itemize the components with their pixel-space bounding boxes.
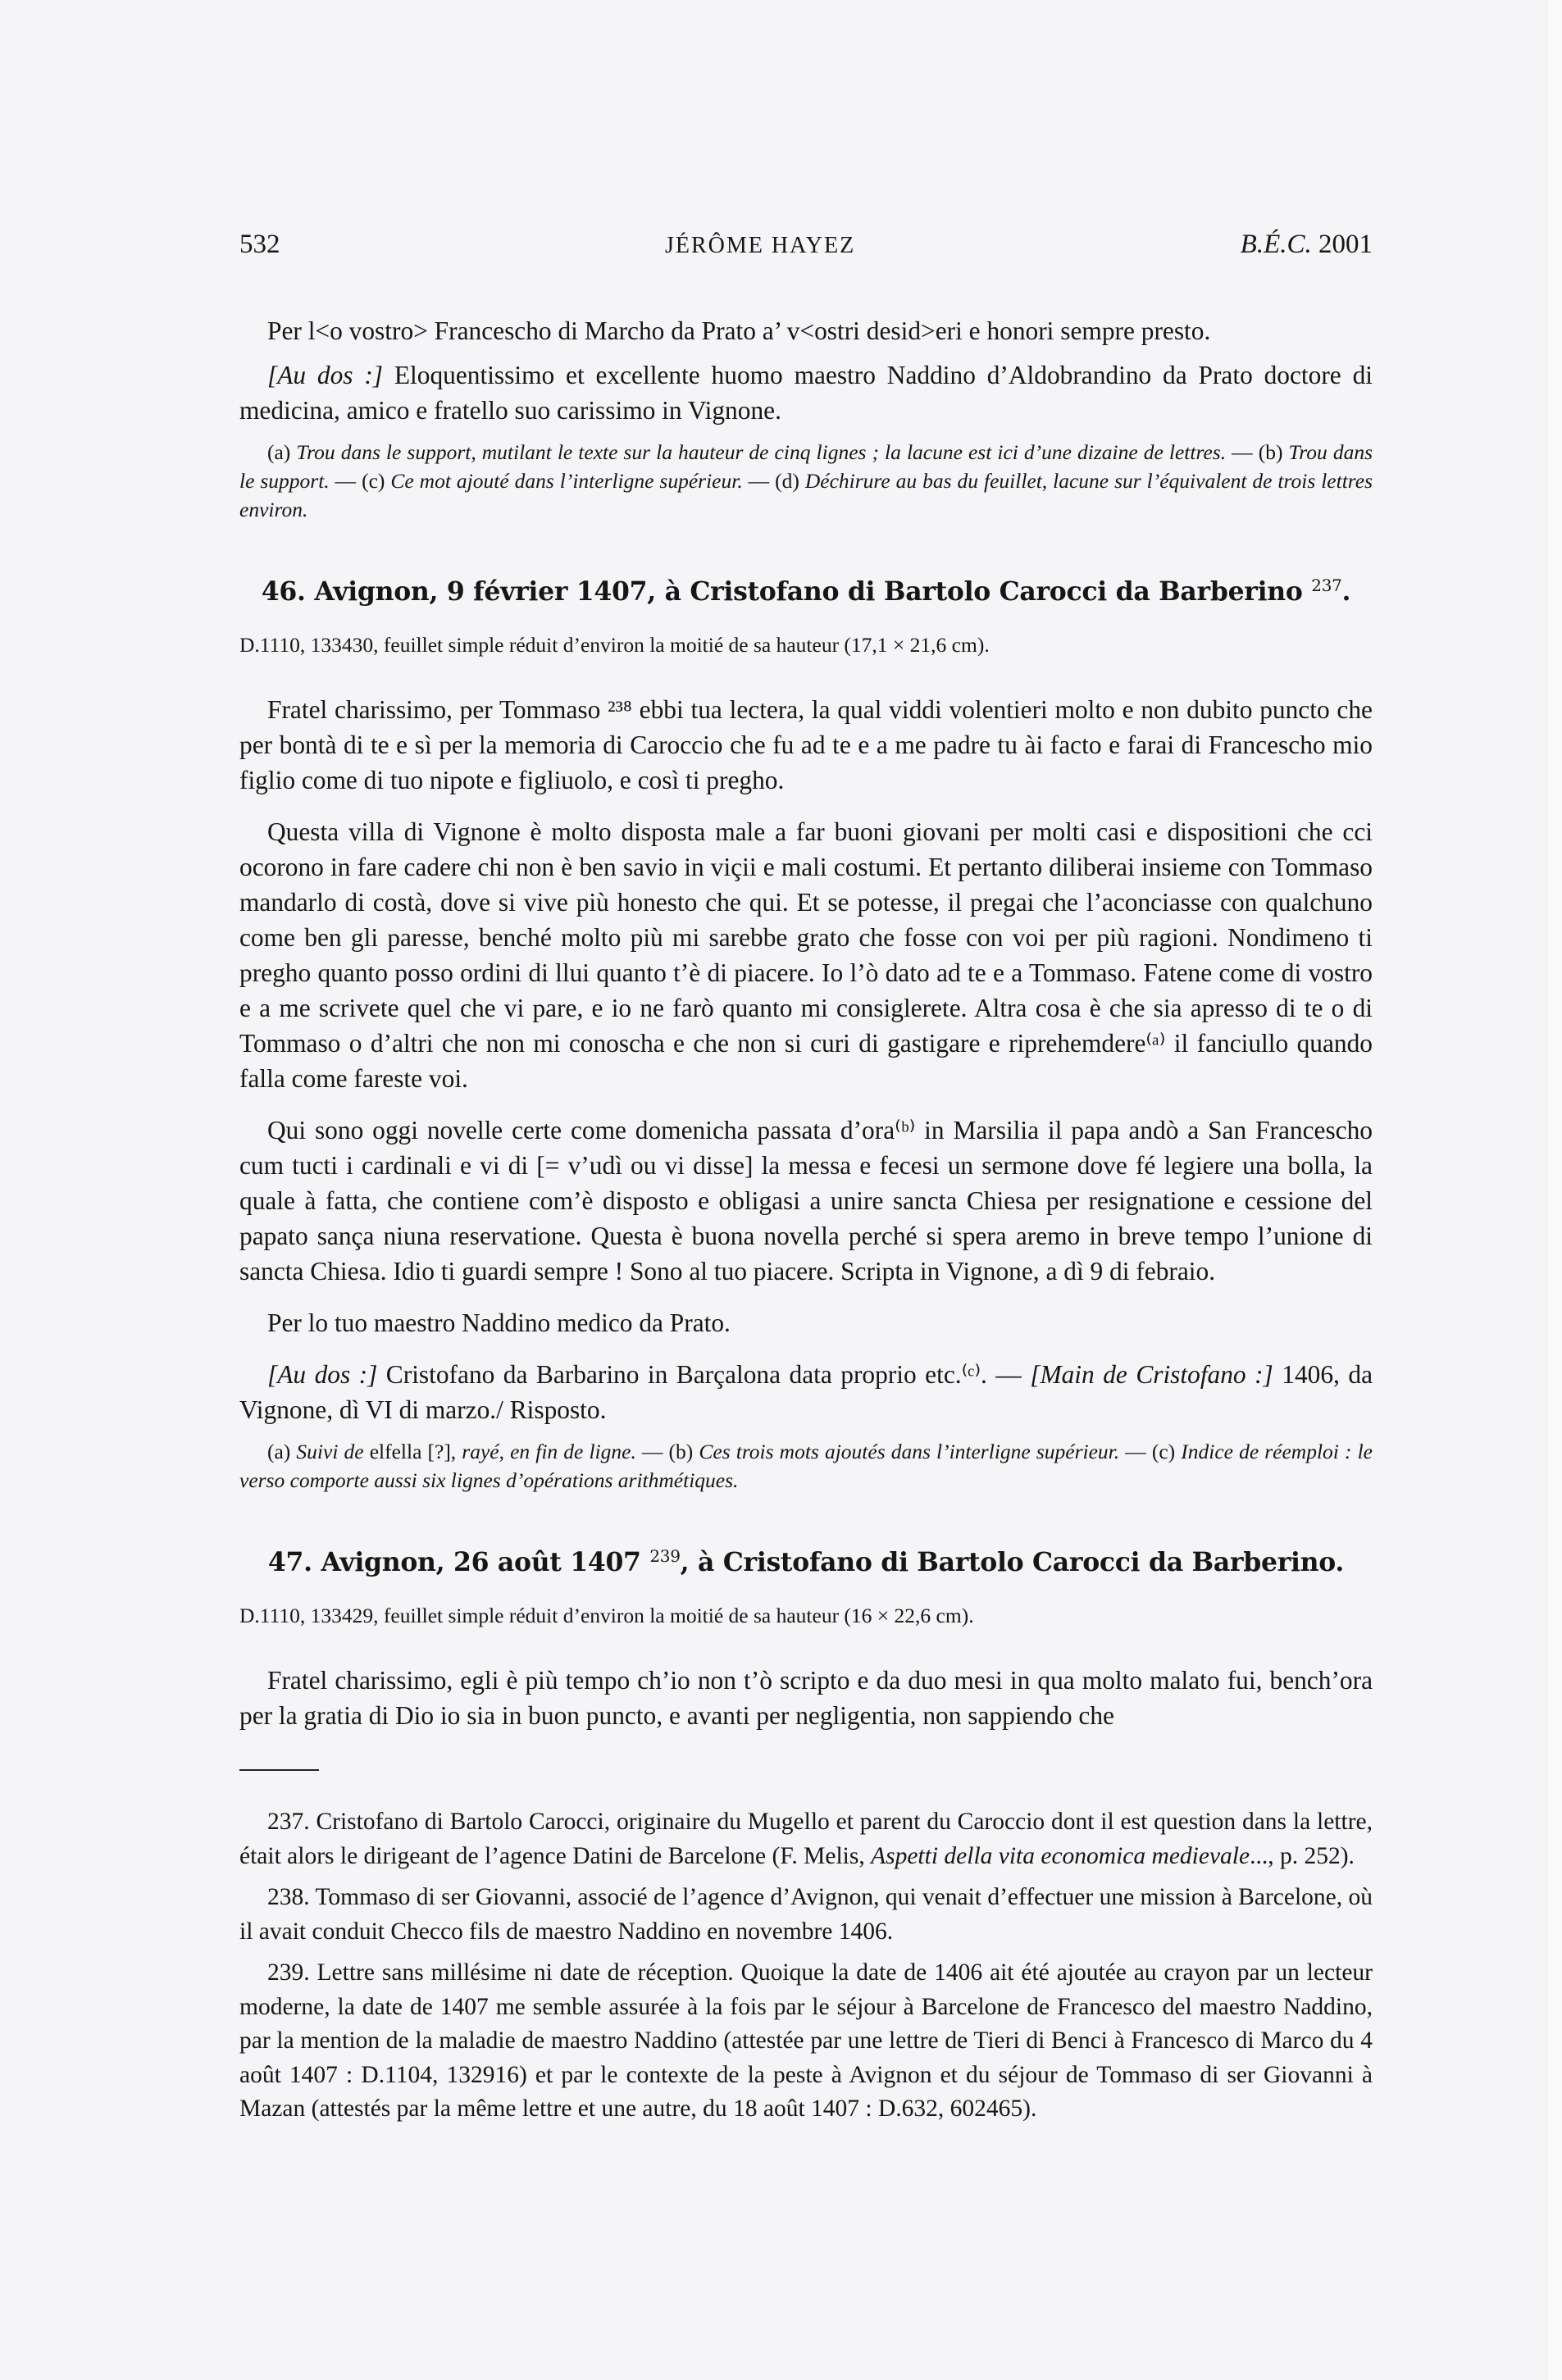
footnote-text: Tommaso di ser Giovanni, associé de l’ag… [239,1884,1373,1945]
letter-47-source: D.1110, 133429, feuillet simple réduit d… [239,1602,1373,1630]
note-marker: — (c) [330,469,391,493]
note-marker: (a) [267,1440,296,1463]
note-text: Ce mot ajouté dans l’interligne supérieu… [390,469,742,493]
note-marker: — (d) [743,469,805,493]
letter-47-heading: 47. Avignon, 26 août 1407 239, à Cristof… [239,1547,1373,1577]
running-head-author: JÉRÔME HAYEZ [665,233,855,259]
note-marker: — (b) [636,1440,699,1463]
letter-46-address: [Au dos :] Cristofano da Barbarino in Ba… [239,1357,1373,1427]
note-text: Trou dans le support, mutilant le texte … [296,440,1226,464]
letter-46-heading: 46. Avignon, 9 février 1407, à Cristofan… [239,576,1373,607]
note-marker: — (c) [1119,1440,1181,1463]
address-verso: [Au dos :] Eloquentissimo et excellente … [239,357,1373,428]
journal-year: 2001 [1318,230,1373,259]
critical-notes: (a) Trou dans le support, mutilant le te… [239,438,1373,524]
letter-closing: Per l<o vostro> Francescho di Marcho da … [239,313,1373,348]
page-number: 532 [239,230,280,260]
letter-46-paragraph: Qui sono oggi novelle certe come domenic… [239,1113,1373,1289]
footnote-238: 238. Tommaso di ser Giovanni, associé de… [239,1881,1373,1949]
letter-46-signature: Per lo tuo maestro Naddino medico da Pra… [239,1305,1373,1340]
heading-text: , à Cristofano di Bartolo Carocci da Bar… [681,1547,1344,1577]
critical-notes: (a) Suivi de elfella [?], rayé, en fin d… [239,1437,1373,1495]
running-head-journal: B.É.C. 2001 [1241,230,1373,260]
running-head: 532 JÉRÔME HAYEZ B.É.C. 2001 [239,230,1373,272]
footnote-text: ..., p. 252). [1250,1843,1355,1869]
address-text: Eloquentissimo et excellente huomo maest… [239,361,1373,425]
heading-end: . [1342,576,1351,607]
address-label: [Au dos :] [267,1360,377,1389]
footnote-title: Aspetti della vita economica medievale [871,1843,1250,1869]
page-text-block: 532 JÉRÔME HAYEZ B.É.C. 2001 Per l<o vos… [239,230,1373,2134]
address-label: [Au dos :] [267,361,383,389]
footnote-237: 237. Cristofano di Bartolo Carocci, orig… [239,1805,1373,1873]
journal-abbrev: B.É.C. [1241,230,1312,259]
letter-46-source: D.1110, 133430, feuillet simple réduit d… [239,631,1373,659]
address-text: Cristofano da Barbarino in Barçalona dat… [377,1360,1030,1389]
note-text: rayé, en fin de ligne. [462,1440,636,1463]
footnote-text: Lettre sans millésime ni date de récepti… [239,1959,1373,2122]
note-marker: (a) [267,440,296,464]
letter-46-paragraph: Fratel charissimo, per Tommaso ²³⁸ ebbi … [239,692,1373,798]
footnote-239: 239. Lettre sans millésime ni date de ré… [239,1956,1373,2127]
letter-46-paragraph: Questa villa di Vignone è molto disposta… [239,814,1373,1096]
note-text: Suivi de [296,1440,363,1463]
footnote-ref[interactable]: 237 [1311,576,1341,595]
footnote-ref[interactable]: 239 [649,1546,680,1566]
hand-label: [Main de Cristofano :] [1030,1360,1273,1389]
footnote-number: 239. [267,1959,310,1986]
heading-text: 47. Avignon, 26 août 1407 [268,1547,641,1577]
note-text: Ces trois mots ajoutés dans l’interligne… [699,1440,1119,1463]
footnote-separator [239,1769,319,1771]
note-text-roman: elfella [?], [364,1440,462,1463]
heading-text: 46. Avignon, 9 février 1407, à Cristofan… [262,576,1303,607]
note-marker: — (b) [1226,440,1288,464]
footnote-number: 237. [267,1809,310,1835]
footnote-number: 238. [267,1884,310,1910]
page-edge [1546,0,1562,2380]
letter-47-paragraph: Fratel charissimo, egli è più tempo ch’i… [239,1663,1373,1733]
